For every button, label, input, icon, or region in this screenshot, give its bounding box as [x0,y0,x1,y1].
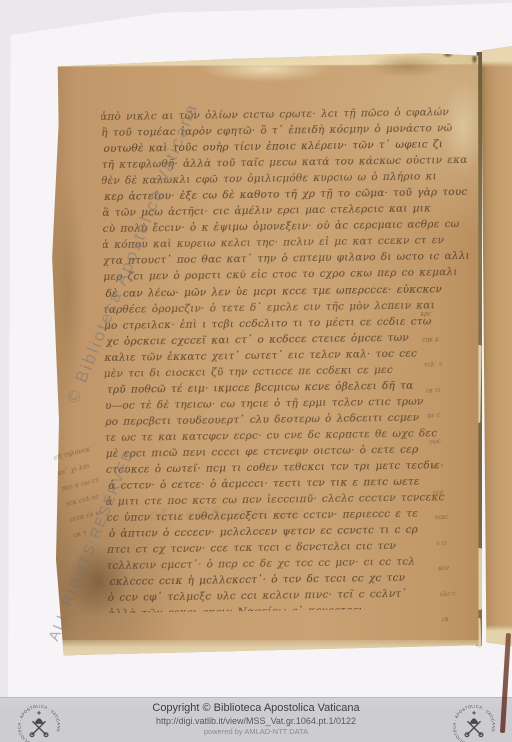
margin-note: ϲκ ϲι [425,375,473,404]
margin-note: κϲν [437,553,485,582]
margin-note: ϲηκ μ [421,324,469,353]
margin-note: ϲλϲ ϲ [439,579,487,608]
footer-url: http://digi.vatlib.it/view/MSS_Vat.gr.10… [0,715,512,727]
margin-note: ϲ ϲι [436,528,484,557]
margin-note: πε ϲ [427,401,475,430]
vatican-library-seal-icon: · BIBLIOTECA · APOSTOLICA · VATICANA [453,705,495,742]
margin-note: κρϲ [419,299,467,328]
margin-note: ϲϲρ [432,477,480,506]
digitized-manuscript-viewer: ϲξϲ ϲΕδϲ ϲαϲ ωϲ ἀπὸ νικλϲ αι τῶν ὀλίων ϲ… [0,0,512,742]
margin-note: τϲλ᾽ ϲ [423,350,471,379]
margin-note: τϲκϲ [434,502,482,531]
footer-bar: · BIBLIOTECA · APOSTOLICA · VATICANA Cop… [0,697,512,742]
margin-note: κϲ τ [430,451,478,480]
crossed-keys-tiara-icon [465,712,483,737]
footer-copyright: Copyright © Biblioteca Apostolica Vatica… [0,702,512,715]
footer-text: Copyright © Biblioteca Apostolica Vatica… [0,702,512,737]
margin-note: ϲωϲ [428,426,476,455]
footer-powered-by: powered by AMLAD-NTT DATA [0,727,512,737]
margin-note: ϲκ [441,604,489,633]
